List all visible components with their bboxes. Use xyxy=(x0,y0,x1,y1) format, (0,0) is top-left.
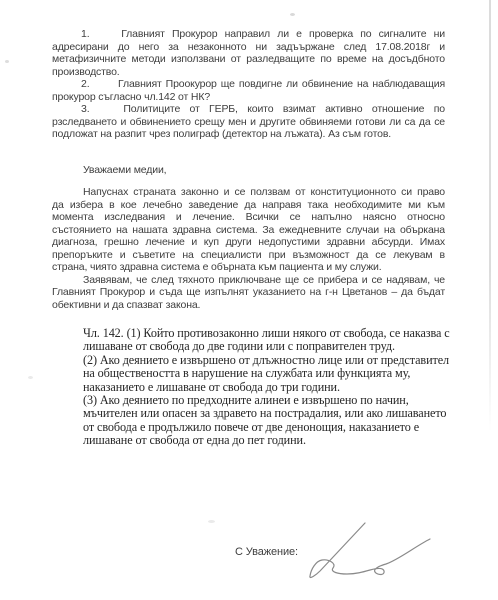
text-line: страна, чиято здравна система е обърната… xyxy=(52,261,445,274)
text-line: на обществеността в нарушение на службат… xyxy=(83,367,445,380)
text-line: от свобода е продължило повече от две де… xyxy=(83,421,445,434)
item-number: 3. xyxy=(52,103,114,116)
text-line: производство. xyxy=(52,66,445,79)
signature xyxy=(303,512,435,582)
text-line: лишаване от свобода до две години или с … xyxy=(83,340,445,353)
paragraph-statement: Заявявам, че след тяхното приключване ще… xyxy=(52,274,445,312)
paragraph-health-system: Напуснах страната законно и се ползвам о… xyxy=(52,186,445,274)
text-line: 3. Политиците от ГЕРБ, които взимат акти… xyxy=(52,103,445,116)
text-line: диагноза, грешно лечение и куп други нед… xyxy=(52,236,445,249)
closing-label: С Уважение: xyxy=(235,546,298,558)
text-line: рзследването и обвинението срещу мен и д… xyxy=(52,116,445,129)
scan-edge-artifact xyxy=(489,0,491,600)
scanned-letter-page: 1. Главният Прокурор направил ли е прове… xyxy=(0,0,498,600)
closing-text: С Уважение: xyxy=(235,546,298,558)
letter-body: 1. Главният Прокурор направил ли е прове… xyxy=(52,28,445,448)
law-article-142: Чл. 142. (1) Който противозаконно лиши н… xyxy=(83,327,445,448)
text-line: Напуснах страната законно и се ползвам о… xyxy=(52,186,445,199)
item-number: 1. xyxy=(52,28,114,41)
question-1: 1. Главният Прокурор направил ли е прове… xyxy=(52,28,445,78)
text-line: Главният Прокурор и съда ще изпълнят ука… xyxy=(52,286,445,299)
scan-speck xyxy=(5,60,9,63)
text-line: адресирани до него за незаконното ни зад… xyxy=(52,41,445,54)
question-3: 3. Политиците от ГЕРБ, които взимат акти… xyxy=(52,103,445,141)
scan-speck xyxy=(290,13,295,16)
text-line: лишаване от свобода от една до пет годин… xyxy=(83,434,445,447)
text-line: (3) Ако деянието по предходните алинеи е… xyxy=(83,394,445,407)
text-line: подложат на разпит чрез полиграф (детект… xyxy=(52,128,445,141)
text-line: прокурор съгласно чл.142 от НК? xyxy=(52,91,445,104)
text-line: обективни и да спазват закона. xyxy=(52,299,445,312)
text-line: 1. Главният Прокурор направил ли е прове… xyxy=(52,28,445,41)
text-line: Уважаеми медии, xyxy=(52,164,445,177)
text-line: препоръките и съветите на специалисти пр… xyxy=(52,249,445,262)
scan-speck xyxy=(28,376,33,379)
text-line: Заявявам, че след тяхното приключване ще… xyxy=(52,274,445,287)
question-2: 2. Главният Проокурор ще повдигне ли обв… xyxy=(52,78,445,103)
salutation: Уважаеми медии, xyxy=(52,164,445,177)
text-line: момента изследвания и лечение. Всички се… xyxy=(52,211,445,224)
text-line: да избера в кое лечебно заведение да нап… xyxy=(52,199,445,212)
scan-speck xyxy=(208,520,215,523)
signature-stroke xyxy=(310,523,430,577)
item-number: 2. xyxy=(52,78,114,91)
text-line: наказанието е лишаване от свобода до три… xyxy=(83,381,445,394)
text-line: 2. Главният Проокурор ще повдигне ли обв… xyxy=(52,78,445,91)
text-line: състоянието на нашата здравна система. З… xyxy=(52,224,445,237)
text-line: (2) Ако деянието е извършено от длъжност… xyxy=(83,354,445,367)
text-line: метафизичните методи използвани от разле… xyxy=(52,53,445,66)
text-line: Чл. 142. (1) Който противозаконно лиши н… xyxy=(83,327,445,340)
text-line: мъчителен или опасен за здравето на пост… xyxy=(83,407,445,420)
